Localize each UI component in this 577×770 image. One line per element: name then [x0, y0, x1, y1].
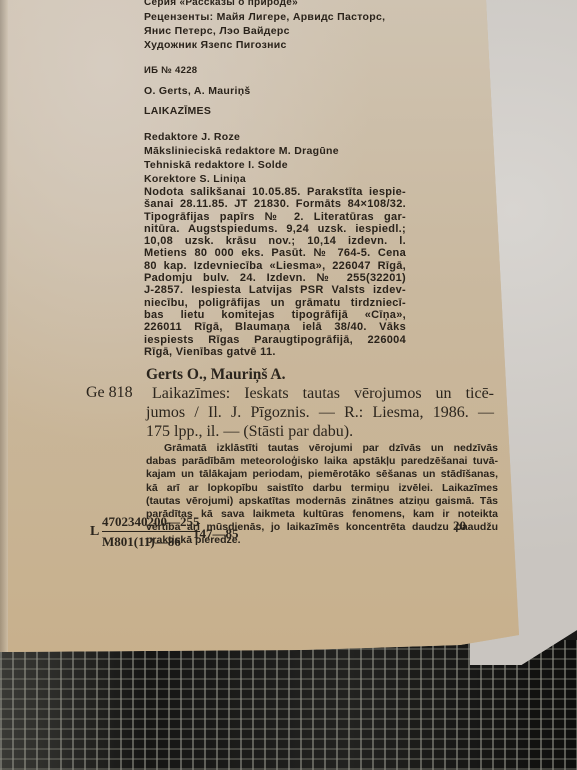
- catalog-title-line: jumos / Il. J. Pīgoznis. — R.: Liesma, 1…: [146, 403, 494, 422]
- authors-line: O. Gerts, A. Mauriņš: [144, 84, 434, 98]
- art-editor-line: Mākslinieciskā redaktore M. Dragūne: [144, 144, 434, 158]
- proofreader-line: Korektore S. Liniņa: [144, 172, 434, 186]
- production-line: 226011 Rīgā, Blaumaņa ielā 38/40. Vāks: [144, 321, 406, 333]
- reviewers-line-2: Янис Петерс, Лэо Вайдерс: [144, 24, 434, 38]
- title-line: LAIKAZĪMES: [144, 104, 434, 118]
- production-line: niecību, poligrāfijas un grāmatu tirdzni…: [144, 297, 406, 309]
- production-line: Metiens 80 000 eks. Pasūt. № 764-5. Cena: [144, 247, 406, 259]
- index-numerator: 4702340200—255: [102, 514, 200, 532]
- annotation-line: kā arī ar lopkopību saistīto darbu termi…: [146, 482, 498, 495]
- page-edge: [0, 0, 8, 652]
- annotation-line: kajam un tālākajam periodam, piemērotāko…: [146, 468, 498, 481]
- editor-line: Redaktore J. Roze: [144, 130, 434, 144]
- ib-number: ИБ № 4228: [144, 64, 434, 78]
- series-line: Серия «Рассказы о природе»: [144, 0, 434, 10]
- index-suffix: 147—85: [193, 526, 239, 542]
- catalog-author-heading: Gerts O., Mauriņš A.: [146, 366, 286, 384]
- production-line: 80 kap. Izdevniecība «Liesma», 226047 Rī…: [144, 260, 406, 272]
- production-line: Padomju bulv. 24. Izdevn. № 255(32201): [144, 272, 406, 284]
- artist-line: Художник Язепс Пигознис: [144, 38, 434, 52]
- production-line: 10,08 uzsk. krāsu nov.; 10,14 izdevn. l.: [144, 235, 406, 247]
- annotation-line: Grāmatā izklāstīti tautas vērojumi par d…: [146, 442, 498, 455]
- tech-editor-line: Tehniskā redaktore I. Solde: [144, 158, 434, 172]
- production-line: Tipogrāfijas papīrs № 2. Literatūras gar…: [144, 211, 406, 223]
- annotation-line: dabas parādībām meteoroloģisko laika aps…: [146, 455, 498, 468]
- catalog-title-line: Laikazīmes: Ieskats tautas vērojumos un …: [146, 384, 494, 403]
- catalog-title-line: 175 lpp., il. — (Stāsti par dabu).: [146, 422, 494, 441]
- catalog-title: Laikazīmes: Ieskats tautas vērojumos un …: [146, 384, 494, 441]
- book-page: Серия «Рассказы о природе» Рецензенты: М…: [0, 0, 525, 660]
- production-line: Nodota salikšanai 10.05.85. Parakstīta i…: [144, 186, 406, 198]
- classification-code: Ge 818: [86, 384, 133, 402]
- production-line: iespiests Rīgas Paraugtipogrāfijā, 22600…: [144, 334, 406, 346]
- page-number: 20: [453, 518, 466, 534]
- production-line: Rīgā, Vienības gatvē 11.: [144, 346, 406, 358]
- production-details: Nodota salikšanai 10.05.85. Parakstīta i…: [144, 186, 406, 358]
- production-line: nitūra. Augstspiedums. 9,24 uzsk. iespie…: [144, 223, 406, 235]
- production-line: J-2857. Iespiesta Latvijas PSR Valsts iz…: [144, 284, 406, 296]
- index-prefix: L: [90, 524, 99, 540]
- imprint-block: Серия «Рассказы о природе» Рецензенты: М…: [144, 0, 434, 358]
- reviewers-line-1: Рецензенты: Майя Лигере, Арвидс Пасторс,: [144, 10, 434, 24]
- production-line: bas lietu komitejas tipogrāfijā «Cīņa»,: [144, 309, 406, 321]
- annotation-line: (tautas vērojumi) apskatītas modernās zi…: [146, 495, 498, 508]
- index-denominator: M801(11)—86: [102, 534, 181, 550]
- production-line: šanai 28.11.85. JT 21830. Formāts 84×108…: [144, 198, 406, 210]
